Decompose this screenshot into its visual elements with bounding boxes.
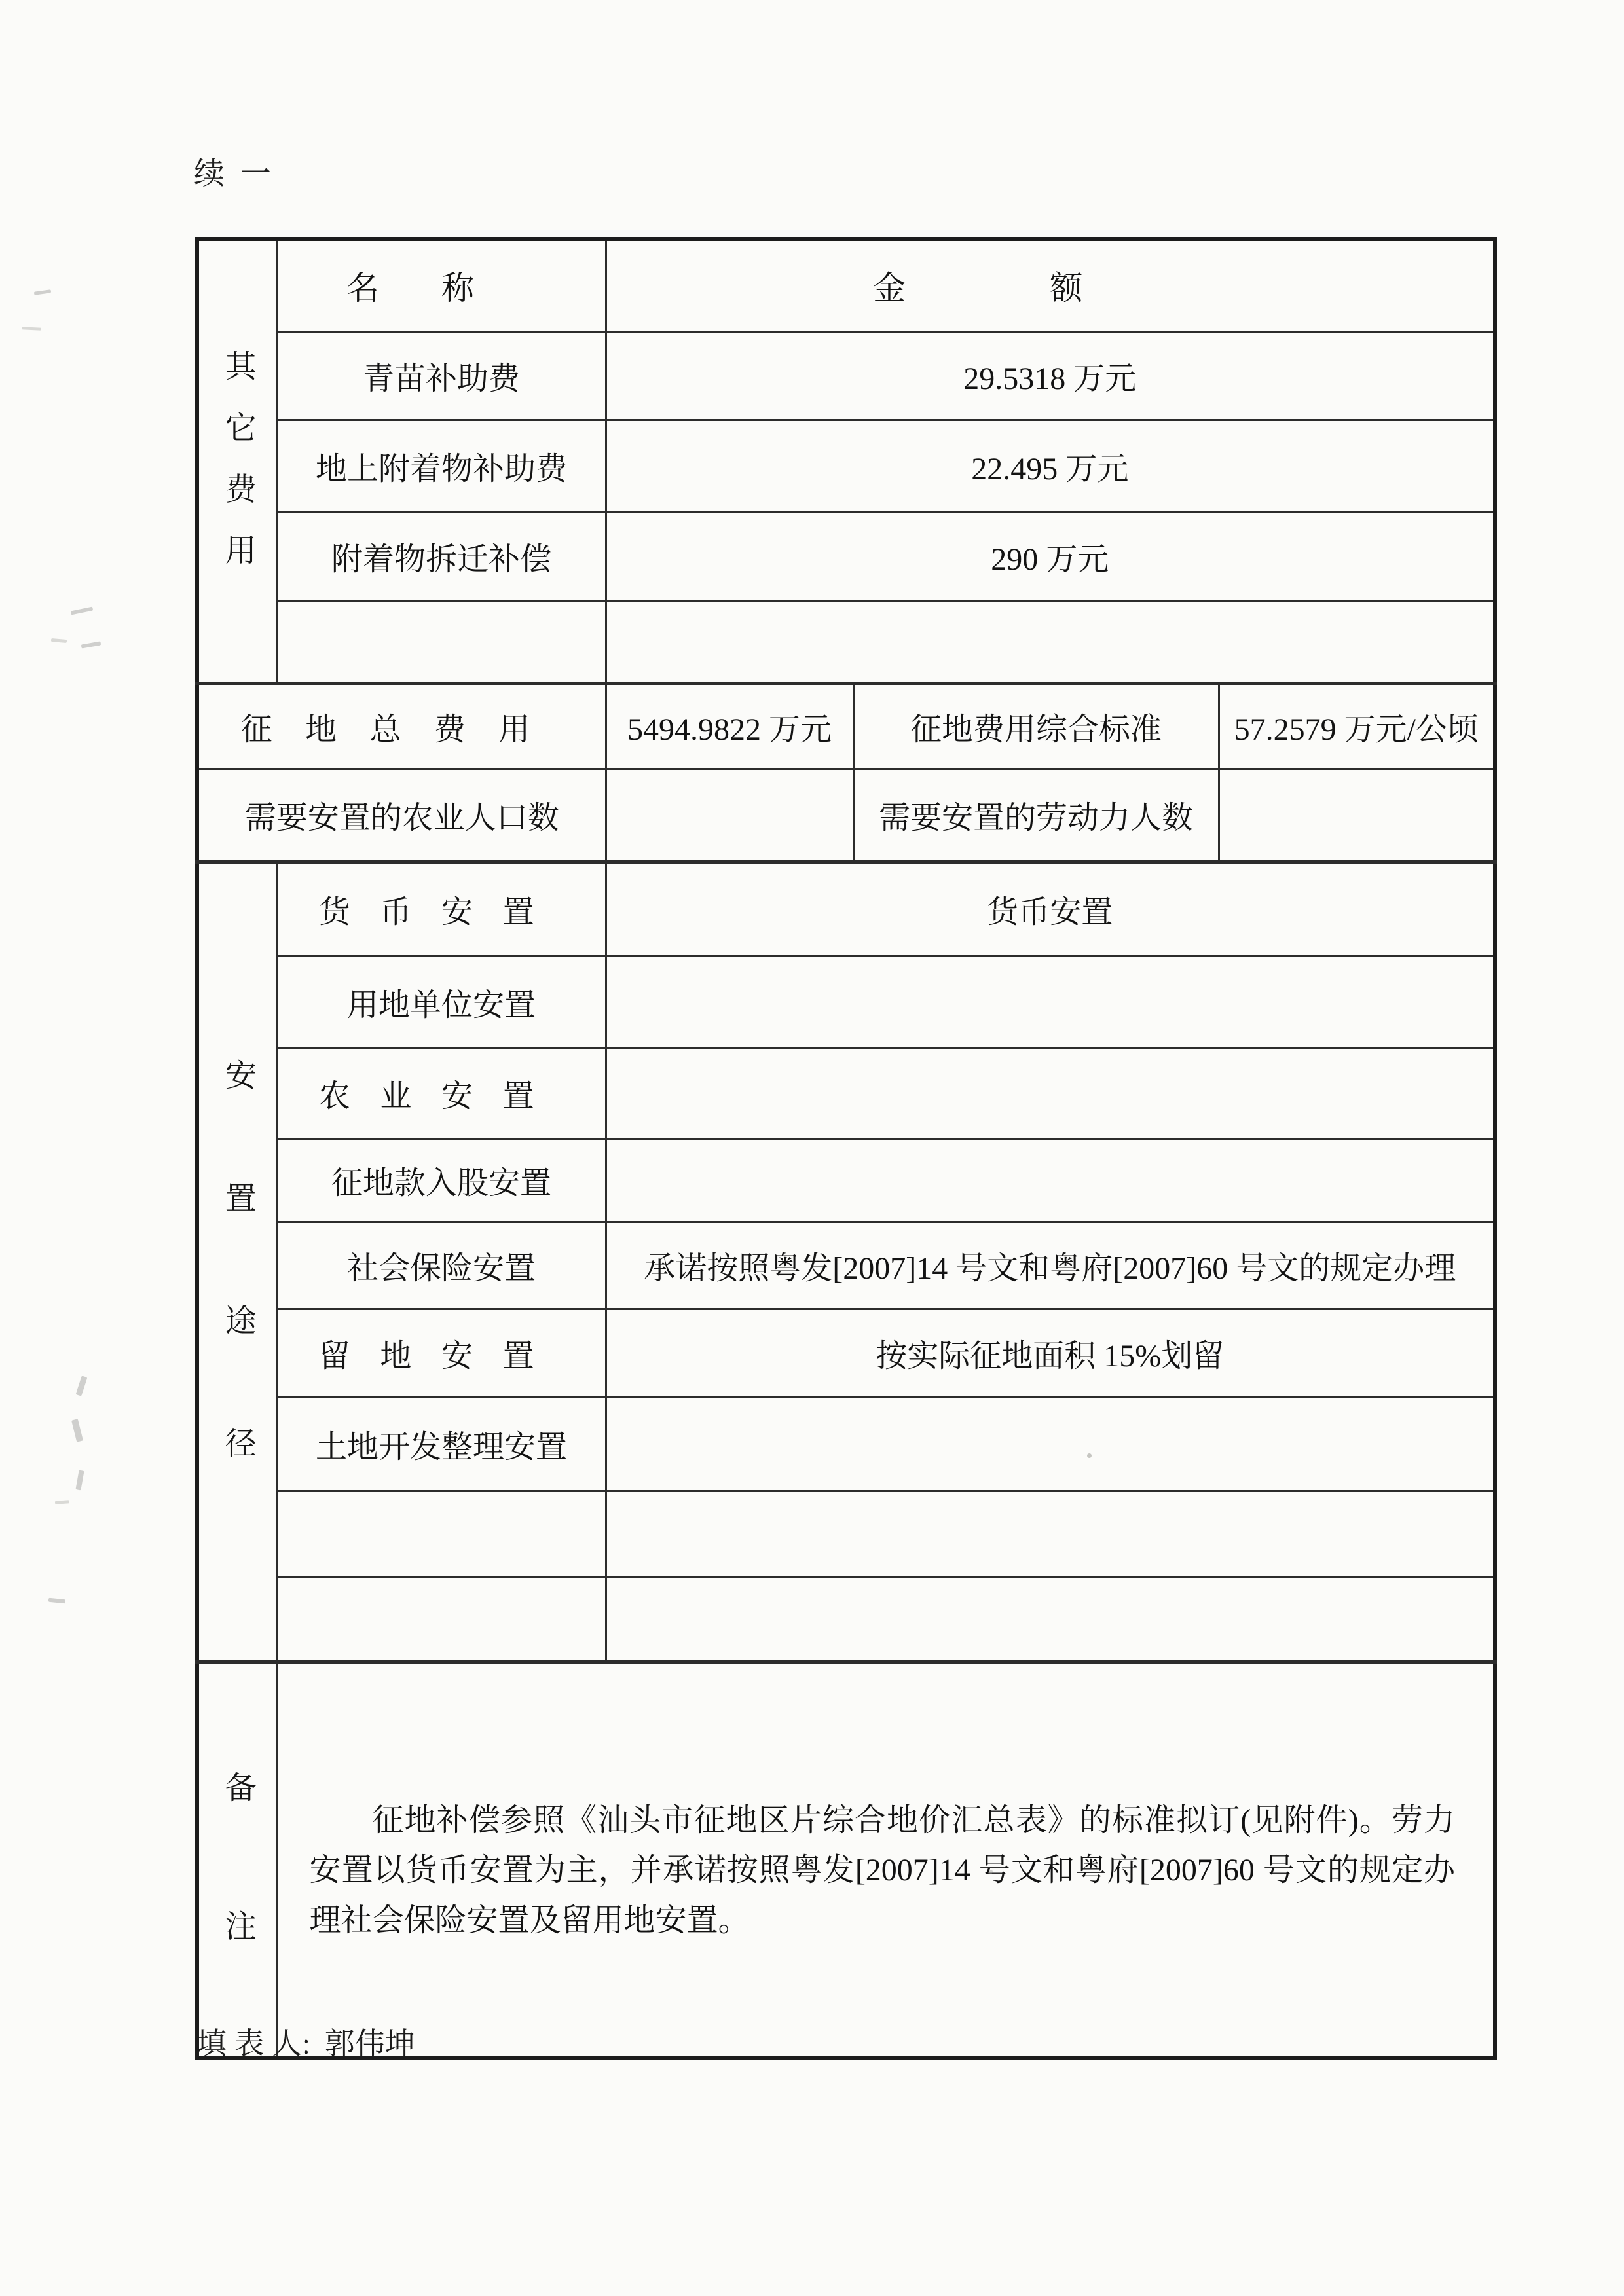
standard-value: 57.2579 万元/公顷: [1219, 683, 1495, 769]
standard-label: 征地费用综合标准: [853, 683, 1219, 769]
table-row: [197, 1491, 1495, 1577]
table-row: 附着物拆迁补偿 290 万元: [197, 512, 1495, 600]
other-fees-vertical-label: 其它费用: [215, 320, 260, 595]
table-row: 地上附着物补助费 22.495 万元: [197, 420, 1495, 512]
resettlement-value: 货币安置: [606, 862, 1495, 956]
fee-name: 青苗补助费: [277, 331, 606, 420]
scan-artifact: [51, 638, 67, 643]
table-row: 征地总费用 5494.9822 万元 征地费用综合标准 57.2579 万元/公…: [197, 683, 1495, 769]
land-requisition-table: 其它费用 名称 金额 青苗补助费 29.5318 万元 地上附着物补助费 22.…: [195, 237, 1497, 2060]
scan-artifact: [71, 1419, 83, 1442]
resettlement-value: [606, 1139, 1495, 1222]
scan-artifact: [22, 327, 41, 331]
resettlement-value-empty: [606, 1577, 1495, 1662]
remark-vertical-label: 备注: [215, 1664, 260, 2048]
table-row: 安置途径 货币安置 货币安置: [197, 862, 1495, 956]
table-row: 留地安置 按实际征地面积 15%划留: [197, 1309, 1495, 1396]
resettlement-name: 社会保险安置: [277, 1222, 606, 1309]
section-label-remark: 备注: [197, 1662, 277, 2058]
resettlement-name: 土地开发整理安置: [277, 1396, 606, 1491]
agri-population-value: [606, 769, 853, 862]
fee-name: 附着物拆迁补偿: [277, 512, 606, 600]
header-name: 名称: [277, 239, 606, 331]
table-row: 征地款入股安置: [197, 1139, 1495, 1222]
remark-text: 征地补偿参照《汕头市征地区片综合地价汇总表》的标准拟订(见附件)。劳力安置以货币…: [282, 1774, 1490, 1946]
scan-artifact: [76, 1376, 88, 1396]
resettlement-value: [606, 1396, 1495, 1491]
table-row: 需要安置的农业人口数 需要安置的劳动力人数: [197, 769, 1495, 862]
total-cost-value: 5494.9822 万元: [606, 683, 853, 769]
table-row: [197, 1577, 1495, 1662]
fee-amount: 290 万元: [606, 512, 1495, 600]
fee-name-empty: [277, 600, 606, 683]
resettlement-name: 用地单位安置: [277, 956, 606, 1048]
section-label-resettlement: 安置途径: [197, 862, 277, 1662]
resettlement-name: 征地款入股安置: [277, 1139, 606, 1222]
filled-by-line: 填 表 人: 郭伟坤: [196, 2020, 415, 2063]
table-row: 农业安置: [197, 1048, 1495, 1139]
table-row: 其它费用 名称 金额: [197, 239, 1495, 331]
labor-count-label: 需要安置的劳动力人数: [853, 769, 1219, 862]
header-amount: 金额: [606, 239, 1495, 331]
labor-count-value: [1219, 769, 1495, 862]
resettlement-name-empty: [277, 1491, 606, 1577]
filled-by-name: 郭伟坤: [325, 2020, 415, 2063]
resettlement-name: 货币安置: [277, 862, 606, 956]
page-title: 续 一: [194, 149, 275, 193]
remark-cell: 征地补偿参照《汕头市征地区片综合地价汇总表》的标准拟订(见附件)。劳力安置以货币…: [277, 1662, 1495, 2058]
filled-by-label: 填 表 人:: [196, 2020, 310, 2063]
table-row: 青苗补助费 29.5318 万元: [197, 331, 1495, 420]
resettlement-value: 按实际征地面积 15%划留: [606, 1309, 1495, 1396]
resettlement-value: 承诺按照粤发[2007]14 号文和粤府[2007]60 号文的规定办理: [606, 1222, 1495, 1309]
table-row: [197, 600, 1495, 683]
section-label-other-fees: 其它费用: [197, 239, 277, 683]
agri-population-label: 需要安置的农业人口数: [197, 769, 606, 862]
resettlement-name-empty: [277, 1577, 606, 1662]
scan-artifact: [71, 607, 94, 615]
resettlement-vertical-label: 安置途径: [215, 968, 260, 1549]
table-row: 备注 征地补偿参照《汕头市征地区片综合地价汇总表》的标准拟订(见附件)。劳力安置…: [197, 1662, 1495, 2058]
resettlement-name: 留地安置: [277, 1309, 606, 1396]
table-row: 社会保险安置 承诺按照粤发[2007]14 号文和粤府[2007]60 号文的规…: [197, 1222, 1495, 1309]
fee-amount: 22.495 万元: [606, 420, 1495, 512]
table-row: 用地单位安置: [197, 956, 1495, 1048]
scan-artifact: [48, 1598, 65, 1604]
table-row: 土地开发整理安置: [197, 1396, 1495, 1491]
scan-artifact: [34, 289, 51, 295]
fee-name: 地上附着物补助费: [277, 420, 606, 512]
scanned-form-page: 续 一 其它费用 名称 金额 青苗补助费 29.5318 万元 地上附着物补助费…: [0, 0, 1624, 2296]
total-cost-label: 征地总费用: [197, 683, 606, 769]
fee-amount: 29.5318 万元: [606, 331, 1495, 420]
resettlement-value-empty: [606, 1491, 1495, 1577]
resettlement-value: [606, 956, 1495, 1048]
fee-amount-empty: [606, 600, 1495, 683]
scan-artifact: [989, 1870, 993, 1874]
scan-artifact: [75, 1470, 84, 1491]
scan-artifact: [55, 1500, 69, 1504]
resettlement-name: 农业安置: [277, 1048, 606, 1139]
scan-artifact: [81, 641, 101, 648]
scan-artifact: [1087, 1453, 1092, 1458]
resettlement-value: [606, 1048, 1495, 1139]
